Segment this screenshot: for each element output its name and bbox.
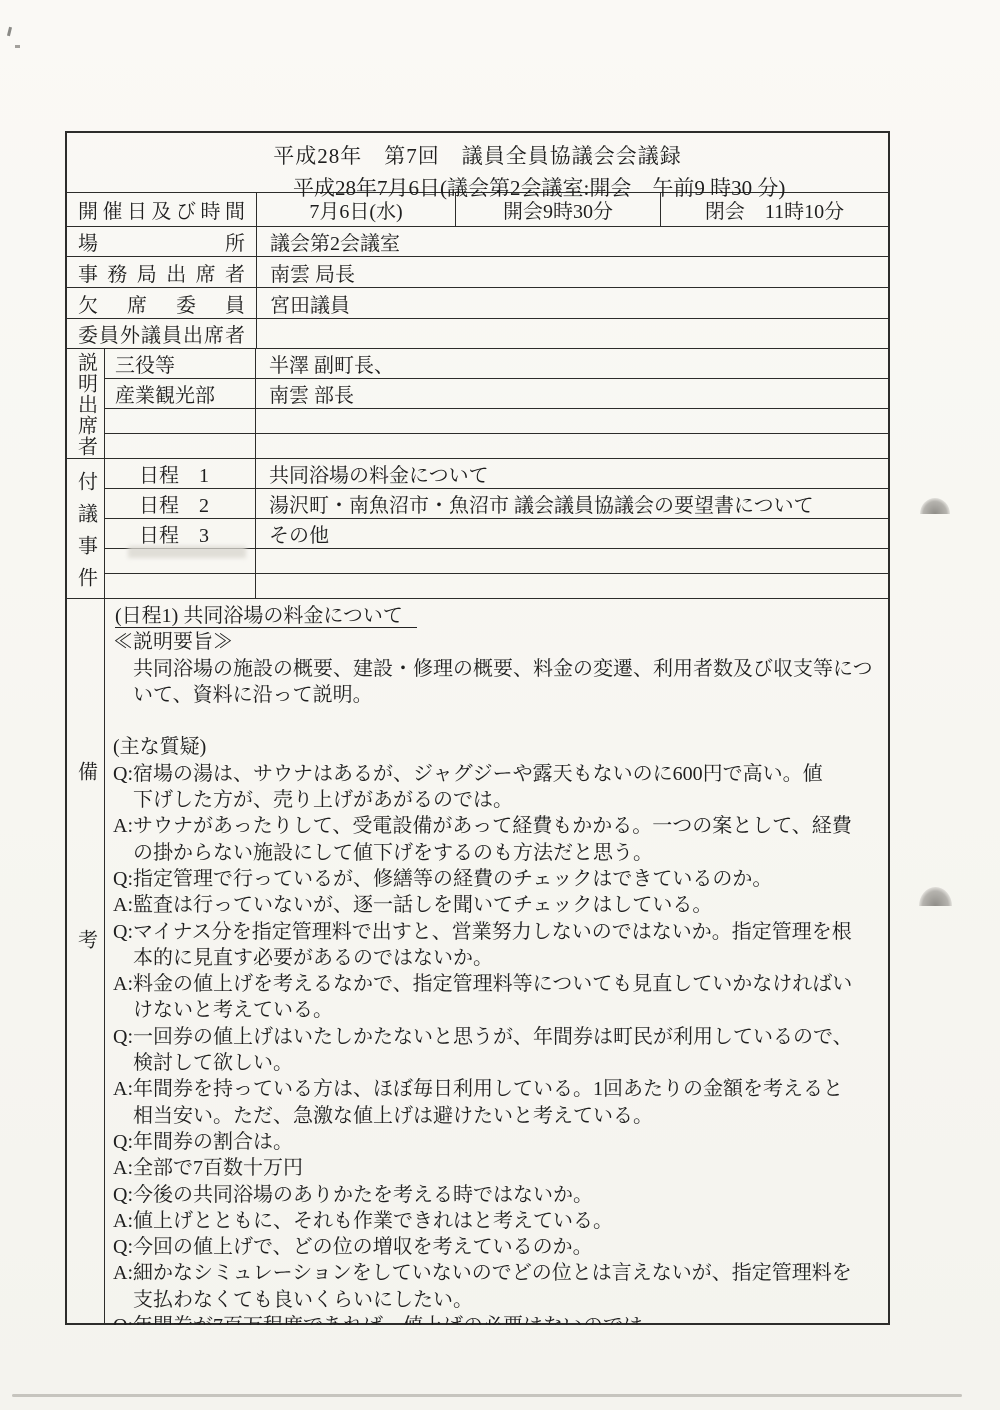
table-row: [105, 433, 888, 458]
place-value: 議会第2会議室: [256, 227, 888, 256]
remarks-line: Q:年間券の割合は。: [113, 1129, 882, 1155]
agenda-number: 日程 2: [105, 489, 256, 518]
table-row: 日程 3 その他: [105, 518, 888, 548]
secretariat-label: 事務局出席者: [67, 257, 256, 287]
remarks-line: A:値上げとともに、それも作業できれはと考えている。: [113, 1208, 882, 1234]
remarks-line: [113, 708, 882, 734]
remarks-line: 共同浴場の施設の概要、建設・修理の概要、料金の変遷、利用者数及び収支等につ いて…: [113, 656, 882, 709]
explainer-name: 南雲 部長: [256, 379, 888, 408]
remarks-line: A:年間券を持っている方は、ほぼ毎日利用している。1回あたりの金額を考えると 相…: [113, 1076, 882, 1129]
explainer-name: [256, 409, 888, 433]
agenda-vertical-label: 付議事件: [67, 459, 105, 598]
remarks-line: Q:指定管理で行っているが、修繕等の経費のチェックはできているのか。: [113, 866, 882, 892]
row-secretariat: 事務局出席者 南雲 局長: [67, 256, 888, 287]
remarks-line: Q:今回の値上げで、どの位の増収を考えているのか。: [113, 1234, 882, 1260]
absent-label: 欠席委員: [67, 288, 256, 318]
remarks-line: ≪説明要旨≫: [113, 629, 882, 655]
section-remarks: 備考 (日程1) 共同浴場の料金について ≪説明要旨≫ 共同浴場の施設の概要、建…: [67, 598, 888, 1325]
row-schedule: 開催日及び時間 7月6日(水) 開会9時30分 閉会 11時10分: [67, 192, 888, 226]
remarks-line: Q:今後の共同浴場のありかたを考える時ではないか。: [113, 1182, 882, 1208]
scan-artifact-smudge: [128, 546, 246, 558]
agenda-rows: 日程 1 共同浴場の料金について 日程 2 湯沢町・南魚沼市・魚沼市 議会議員協…: [105, 459, 888, 598]
secretariat-value: 南雲 局長: [256, 257, 888, 287]
remarks-line: A:全部で7百数十万円: [113, 1155, 882, 1181]
absent-value: 宮田議員: [256, 288, 888, 318]
minutes-table: 平成28年 第7回 議員全員協議会会議録 平成28年7月6日(議会第2会議室:開…: [65, 131, 890, 1325]
schedule-label: 開催日及び時間: [67, 193, 256, 226]
remarks-qa-list: ≪説明要旨≫ 共同浴場の施設の概要、建設・修理の概要、料金の変遷、利用者数及び収…: [113, 629, 882, 1325]
remarks-content: (日程1) 共同浴場の料金について ≪説明要旨≫ 共同浴場の施設の概要、建設・修…: [105, 599, 888, 1325]
scan-artifact-speck: [15, 45, 20, 48]
row-absent: 欠席委員 宮田議員: [67, 287, 888, 318]
doc-title: 平成28年 第7回 議員全員協議会会議録: [67, 140, 888, 170]
table-row: 日程 1 共同浴場の料金について: [105, 459, 888, 488]
agenda-topic: 湯沢町・南魚沼市・魚沼市 議会議員協議会の要望書について: [256, 489, 888, 518]
remarks-line: Q:宿場の湯は、サウナはあるが、ジャグジーや露天もないのに600円で高い。値 下…: [113, 761, 882, 814]
table-row: [105, 408, 888, 433]
explainer-name: [256, 434, 888, 458]
remarks-line: (主な質疑): [113, 734, 882, 760]
agenda-number: [105, 574, 256, 598]
row-place: 場所 議会第2会議室: [67, 226, 888, 256]
remarks-line: A:監査は行っていないが、逐一話しを聞いてチェックはしている。: [113, 892, 882, 918]
scan-artifact-arc: [920, 498, 950, 514]
schedule-close-time: 閉会 11時10分: [660, 193, 888, 226]
explainer-role: 三役等: [105, 349, 256, 378]
scan-artifact-speck: [7, 27, 12, 36]
explainer-role: 産業観光部: [105, 379, 256, 408]
table-row: 産業観光部 南雲 部長: [105, 378, 888, 408]
table-row: 三役等 半澤 副町長、: [105, 349, 888, 378]
table-row: 日程 2 湯沢町・南魚沼市・魚沼市 議会議員協議会の要望書について: [105, 488, 888, 518]
scan-artifact-arc: [919, 887, 952, 906]
remarks-line: Q:一回券の値上げはいたしかたないと思うが、年間券は町民が利用しているので、 検…: [113, 1024, 882, 1077]
explainer-role: [105, 409, 256, 433]
agenda-number: 日程 3: [105, 519, 256, 548]
remarks-heading: (日程1) 共同浴場の料金について: [113, 603, 882, 629]
remarks-line: Q:年間券が7百万程度であれば、値上げの必要はないのでは。: [113, 1313, 882, 1325]
remarks-vertical-label: 備考: [67, 599, 105, 1325]
remarks-line: A:細かなシミュレーションをしていないのでどの位とは言えないが、指定管理料を 支…: [113, 1260, 882, 1313]
explainer-role: [105, 434, 256, 458]
table-row: [105, 573, 888, 598]
schedule-date: 7月6日(水): [256, 193, 455, 226]
section-explainers: 説明出席者 三役等 半澤 副町長、 産業観光部 南雲 部長: [67, 348, 888, 458]
section-agenda: 付議事件 日程 1 共同浴場の料金について 日程 2 湯沢町・南魚沼市・魚沼市 …: [67, 458, 888, 598]
explainers-vertical-label: 説明出席者: [67, 349, 105, 458]
agenda-number: 日程 1: [105, 459, 256, 488]
nonmember-label: 委員外議員出席者: [67, 319, 256, 348]
nonmember-value: [256, 319, 888, 348]
row-nonmember: 委員外議員出席者: [67, 318, 888, 348]
remarks-line: A:サウナがあったりして、受電設備があって経費もかかる。一つの案として、経費 の…: [113, 813, 882, 866]
remarks-line: Q:マイナス分を指定管理料で出すと、営業努力しないのではないか。指定管理を根 本…: [113, 919, 882, 972]
explainer-name: 半澤 副町長、: [256, 349, 888, 378]
schedule-open-time: 開会9時30分: [455, 193, 660, 226]
agenda-topic: その他: [256, 519, 888, 548]
place-label: 場所: [67, 227, 256, 256]
remarks-line: A:料金の値上げを考えるなかで、指定管理料等についても見直していかなければい け…: [113, 971, 882, 1024]
agenda-topic: 共同浴場の料金について: [256, 459, 888, 488]
agenda-topic: [256, 574, 888, 598]
title-block: 平成28年 第7回 議員全員協議会会議録 平成28年7月6日(議会第2会議室:開…: [67, 133, 888, 192]
explainers-rows: 三役等 半澤 副町長、 産業観光部 南雲 部長: [105, 349, 888, 458]
scanned-minutes-page: 平成28年 第7回 議員全員協議会会議録 平成28年7月6日(議会第2会議室:開…: [0, 0, 1000, 1410]
agenda-topic: [256, 549, 888, 573]
scan-artifact-line: [12, 1394, 962, 1397]
